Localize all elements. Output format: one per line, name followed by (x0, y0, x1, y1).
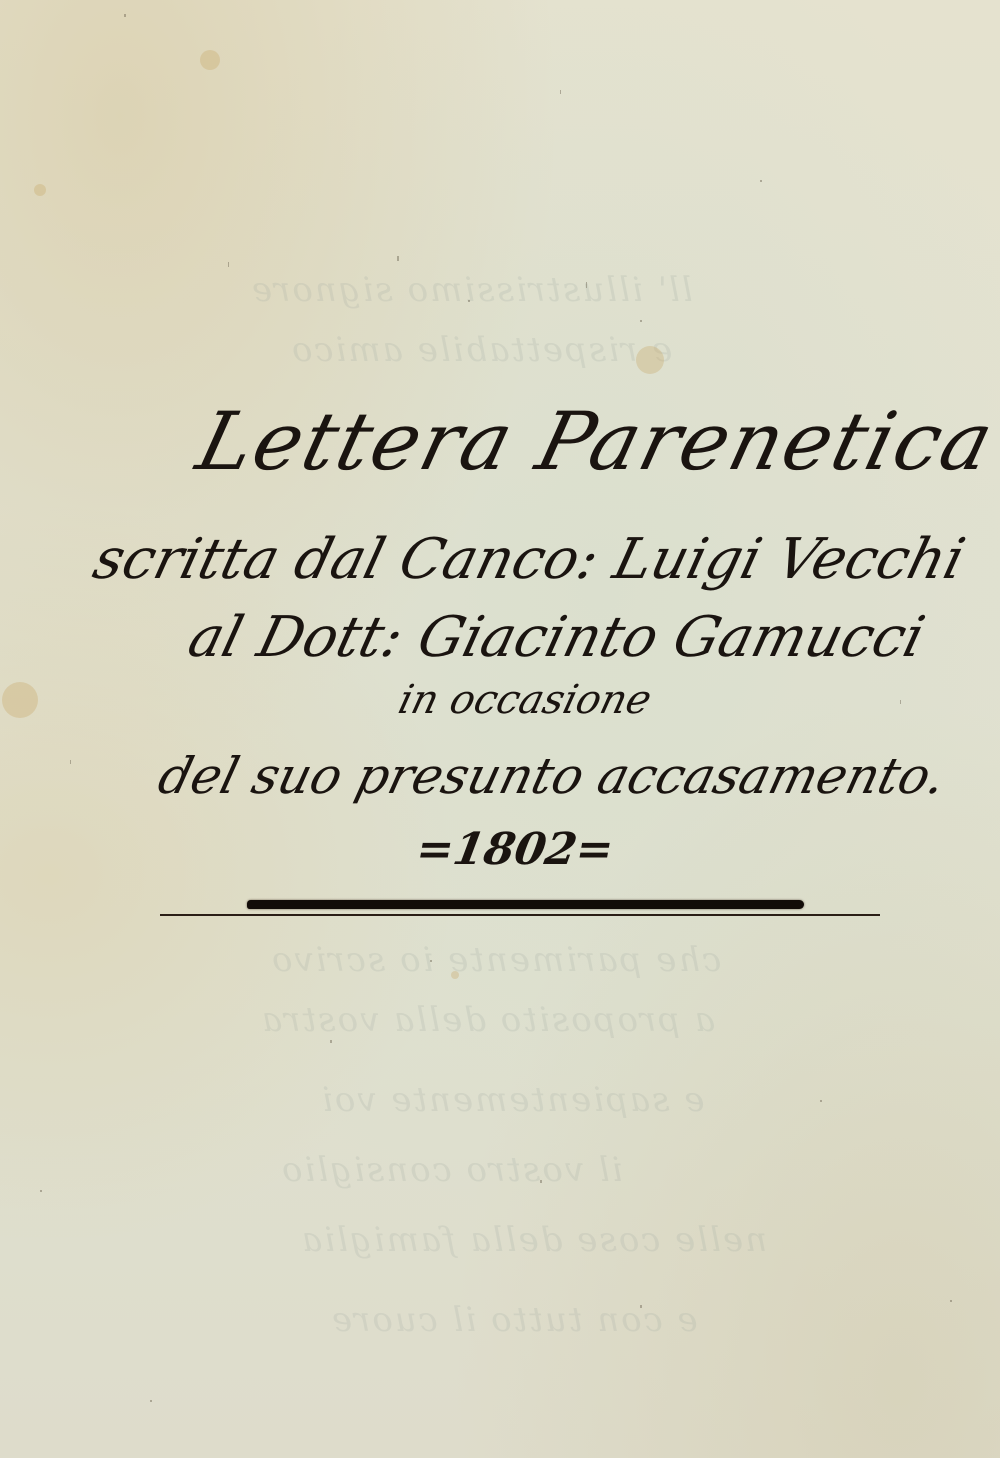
manuscript-page: ll' illustrissimo signore e rispettabile… (0, 0, 1000, 1458)
title-line-1: Lettera Parenetica (188, 392, 863, 492)
title-line-3: al Dott: Giacinto Gamucci (180, 598, 860, 678)
date-line: =1802= (375, 820, 656, 880)
title-line-4: in occasione (353, 670, 698, 730)
thin-rule-divider (160, 914, 880, 916)
title-line-2: scritta dal Canco: Luigi Vecchi (85, 520, 945, 600)
thick-rule-divider (247, 900, 804, 909)
title-line-5: del suo presunto accasamento. (150, 736, 890, 816)
